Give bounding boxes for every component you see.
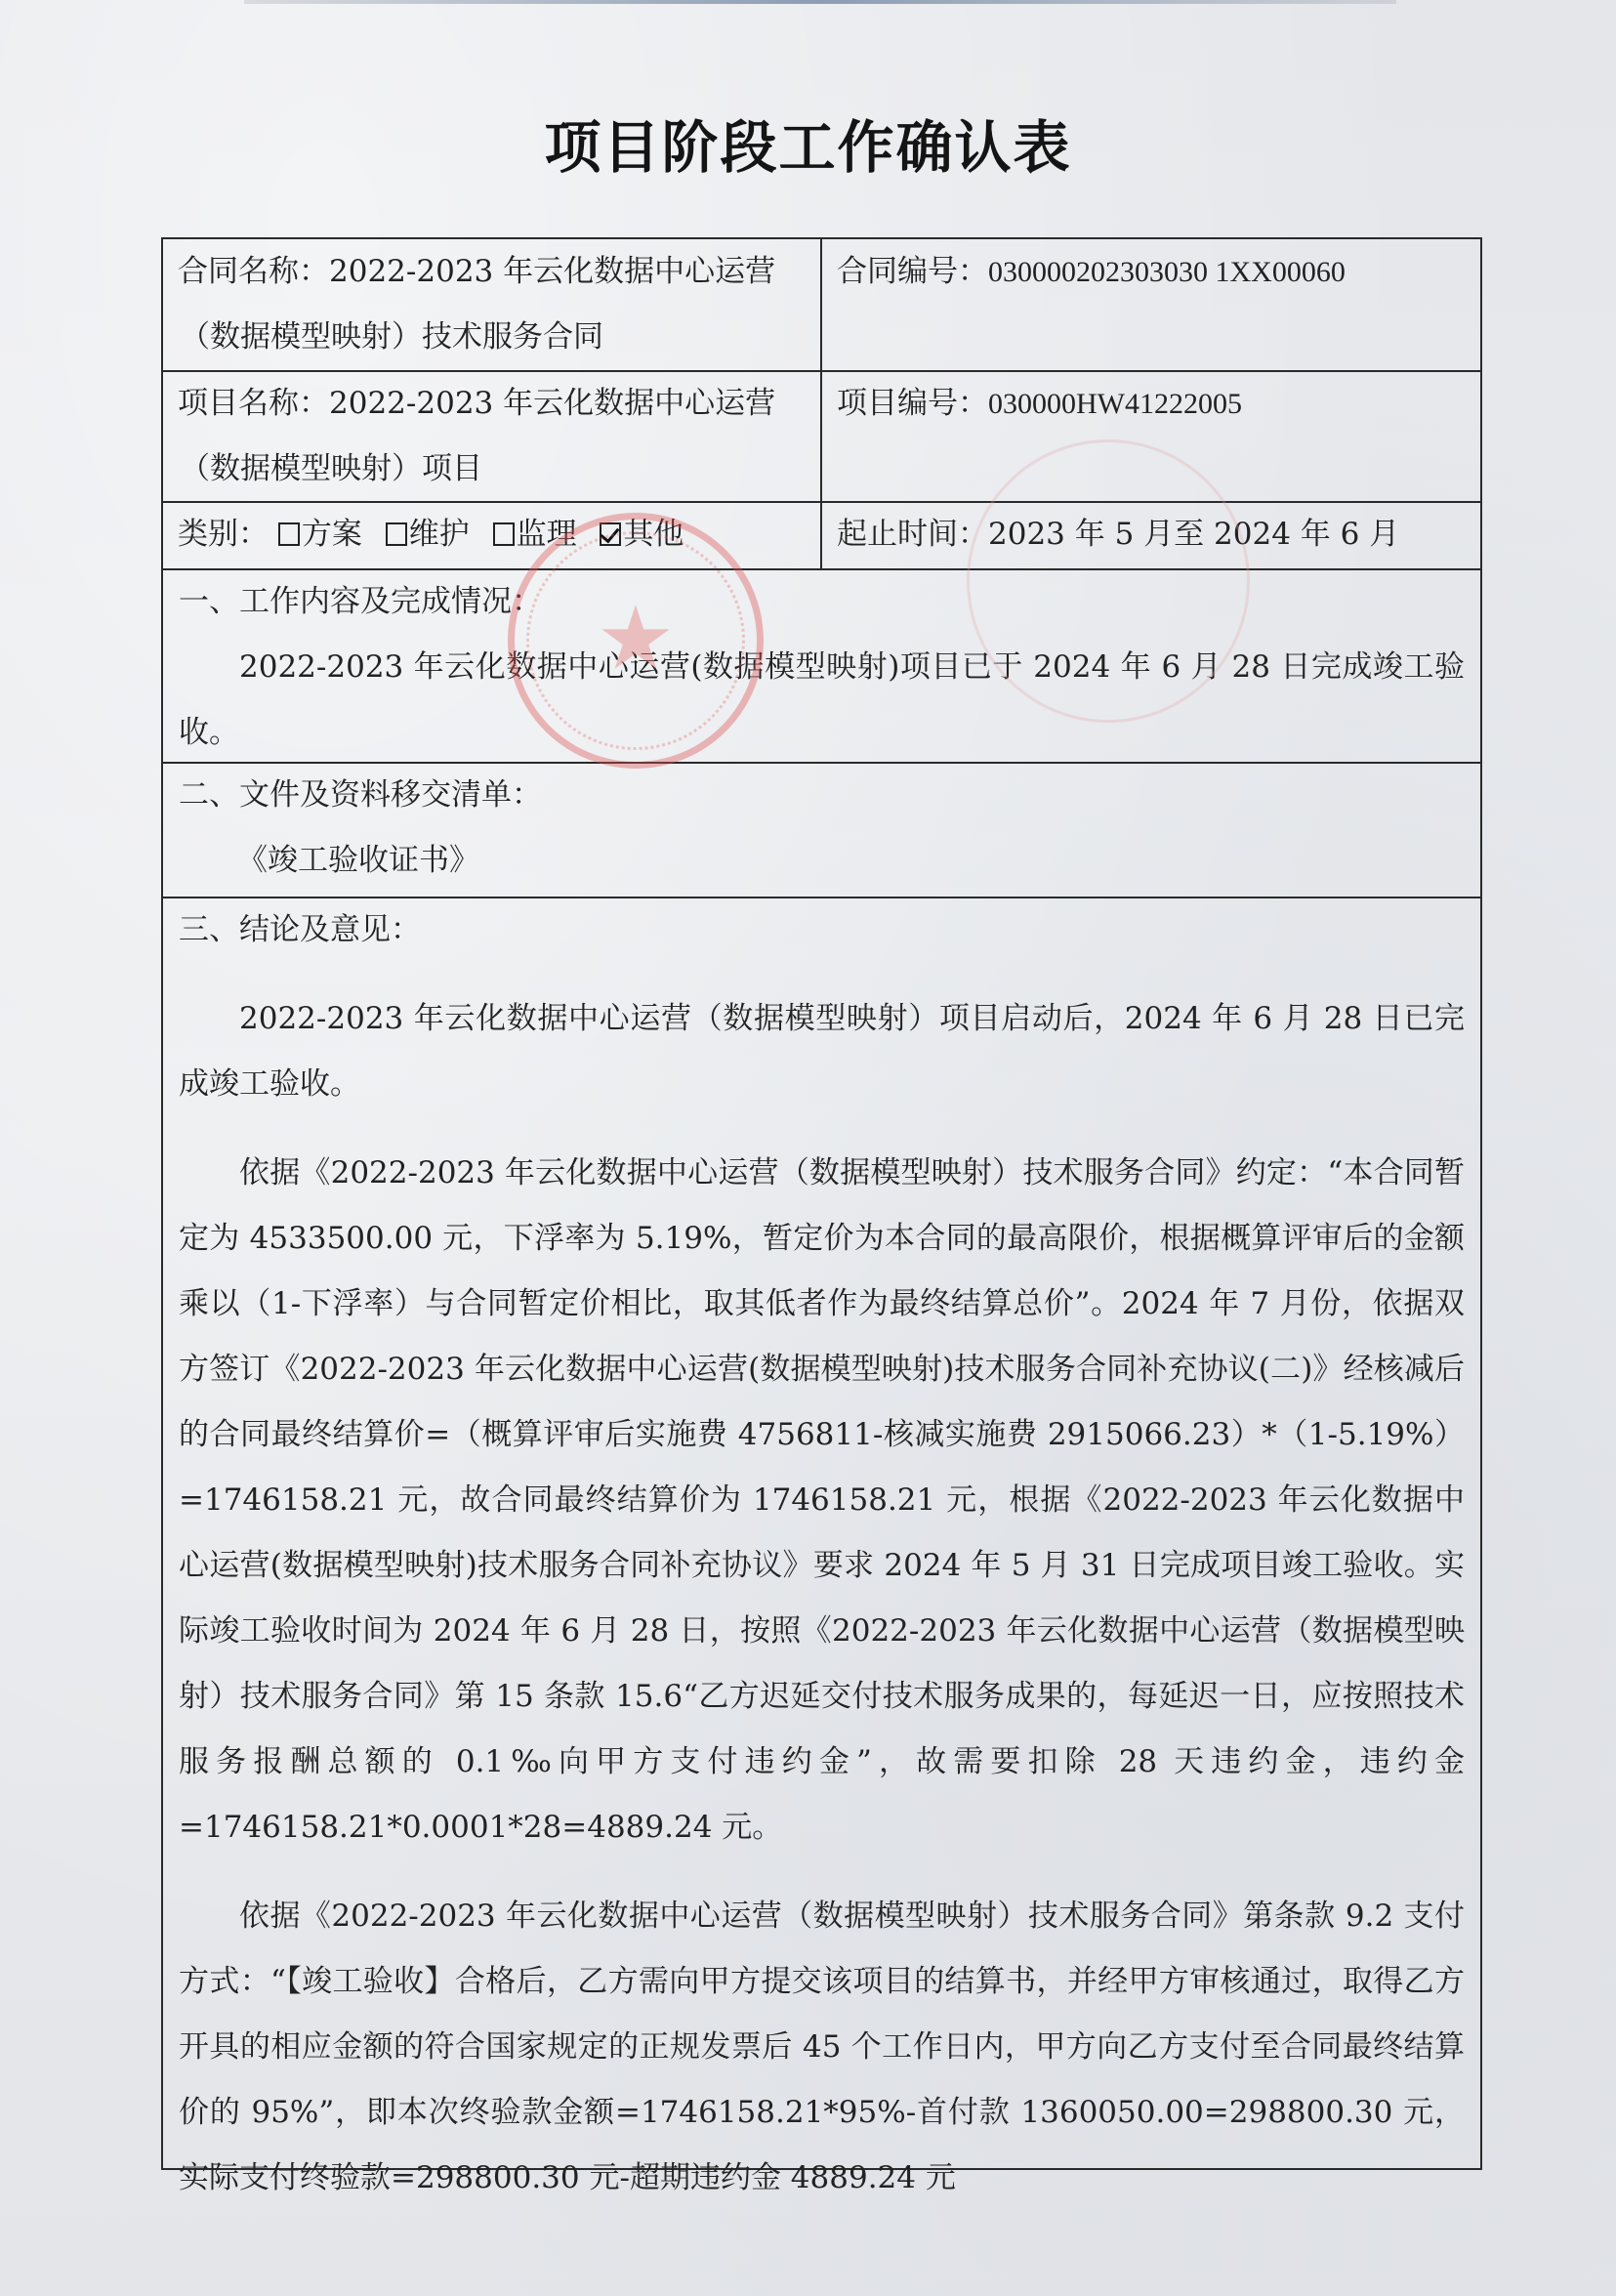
spacer: [179, 1117, 1465, 1141]
category-option-maintenance[interactable]: 维护: [386, 517, 470, 552]
checkbox-icon[interactable]: [386, 522, 407, 546]
section-file-list: 二、文件及资料移交清单： 《竣工验收证书》: [163, 763, 1480, 897]
project-name-line2: （数据模型映射）项目: [178, 437, 820, 502]
file-list-item: 《竣工验收证书》: [179, 828, 1465, 894]
spacer: [179, 1860, 1465, 1884]
period-cell: 起止时间：2023 年 5 月至 2024 年 6 月: [822, 502, 1482, 568]
section-heading: 三、结论及意见：: [179, 898, 1465, 963]
section-paragraph: 依据《2022-2023 年云化数据中心运营（数据模型映射）技术服务合同》约定：…: [179, 1141, 1465, 1860]
checkbox-checked-icon[interactable]: [600, 522, 621, 546]
section-heading: 一、工作内容及完成情况：: [179, 569, 1465, 635]
section-heading: 二、文件及资料移交清单：: [179, 763, 1465, 828]
spacer: [179, 963, 1465, 986]
project-no-cell: 项目编号：030000HW41222005: [822, 371, 1482, 501]
checkbox-icon[interactable]: [278, 522, 300, 546]
project-name-label: 项目名称：: [178, 386, 329, 421]
period-value: 2023 年 5 月至 2024 年 6 月: [988, 517, 1399, 552]
project-name-cell: 项目名称：2022-2023 年云化数据中心运营 （数据模型映射）项目: [163, 371, 820, 501]
contract-name-line1: 2022-2023 年云化数据中心运营: [329, 254, 775, 289]
section-work-content: 一、工作内容及完成情况： 2022-2023 年云化数据中心运营(数据模型映射)…: [163, 569, 1480, 762]
category-option-other[interactable]: 其他: [600, 517, 684, 552]
period-label: 起止时间：: [837, 517, 988, 552]
project-name-line1: 2022-2023 年云化数据中心运营: [329, 386, 775, 421]
section-paragraph: 2022-2023 年云化数据中心运营(数据模型映射)项目已于 2024 年 6…: [179, 635, 1465, 766]
scan-top-edge: [244, 0, 1396, 4]
category-label: 类别：: [178, 517, 269, 552]
section-conclusion: 三、结论及意见： 2022-2023 年云化数据中心运营（数据模型映射）项目启动…: [163, 898, 1480, 2211]
section-paragraph: 2022-2023 年云化数据中心运营（数据模型映射）项目启动后，2024 年 …: [179, 986, 1465, 1117]
project-no-value: 030000HW41222005: [988, 388, 1242, 420]
confirmation-table: 合同名称：2022-2023 年云化数据中心运营 （数据模型映射）技术服务合同 …: [161, 237, 1482, 2170]
category-cell: 类别： 方案 维护 监理 其他: [163, 502, 820, 568]
contract-no-value: 030000202303030 1XX00060: [988, 256, 1346, 288]
contract-no-label: 合同编号：: [837, 254, 988, 289]
category-option-plan[interactable]: 方案: [278, 517, 362, 552]
contract-no-cell: 合同编号：030000202303030 1XX00060: [822, 239, 1482, 370]
contract-name-cell: 合同名称：2022-2023 年云化数据中心运营 （数据模型映射）技术服务合同: [163, 239, 820, 370]
project-no-label: 项目编号：: [837, 386, 988, 421]
section-paragraph: 依据《2022-2023 年云化数据中心运营（数据模型映射）技术服务合同》第条款…: [179, 1884, 1465, 2211]
contract-name-label: 合同名称：: [178, 254, 329, 289]
category-option-supervision[interactable]: 监理: [493, 517, 577, 552]
checkbox-icon[interactable]: [493, 522, 515, 546]
contract-name-line2: （数据模型映射）技术服务合同: [178, 305, 820, 370]
page-title: 项目阶段工作确认表: [0, 102, 1616, 184]
